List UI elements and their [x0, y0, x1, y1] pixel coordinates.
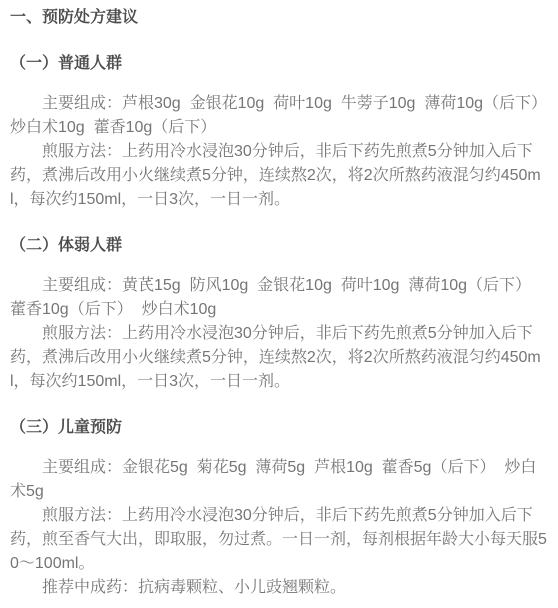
section-heading-children-prevention: （三）儿童预防 [10, 416, 548, 440]
section-general-population: （一）普通人群 主要组成：芦根30g 金银花10g 荷叶10g 牛蒡子10g 薄… [10, 52, 548, 212]
section-children-prevention: （三）儿童预防 主要组成：金银花5g 菊花5g 薄荷5g 芦根10g 藿香5g（… [10, 416, 548, 600]
decoction-method-paragraph: 煎服方法：上药用冷水浸泡30分钟后，非后下药先煎煮5分钟加入后下药，煮沸后改用小… [10, 140, 548, 212]
recommended-patent-medicine-paragraph: 推荐中成药：抗病毒颗粒、小儿豉翘颗粒。 [10, 576, 548, 600]
composition-paragraph: 主要组成：金银花5g 菊花5g 薄荷5g 芦根10g 藿香5g（后下） 炒白术5… [10, 456, 548, 504]
composition-paragraph: 主要组成：芦根30g 金银花10g 荷叶10g 牛蒡子10g 薄荷10g（后下）… [10, 92, 548, 140]
decoction-method-paragraph: 煎服方法：上药用冷水浸泡30分钟后，非后下药先煎煮5分钟加入后下药，煎至香气大出… [10, 504, 548, 576]
composition-paragraph: 主要组成：黄芪15g 防风10g 金银花10g 荷叶10g 薄荷10g（后下） … [10, 274, 548, 322]
section-heading-general-population: （一）普通人群 [10, 52, 548, 76]
page-title: 一、预防处方建议 [10, 6, 548, 30]
section-heading-weak-population: （二）体弱人群 [10, 234, 548, 258]
decoction-method-paragraph: 煎服方法：上药用冷水浸泡30分钟后，非后下药先煎煮5分钟加入后下药，煮沸后改用小… [10, 322, 548, 394]
prevention-prescription-document: 一、预防处方建议 （一）普通人群 主要组成：芦根30g 金银花10g 荷叶10g… [0, 0, 558, 608]
section-weak-population: （二）体弱人群 主要组成：黄芪15g 防风10g 金银花10g 荷叶10g 薄荷… [10, 234, 548, 394]
